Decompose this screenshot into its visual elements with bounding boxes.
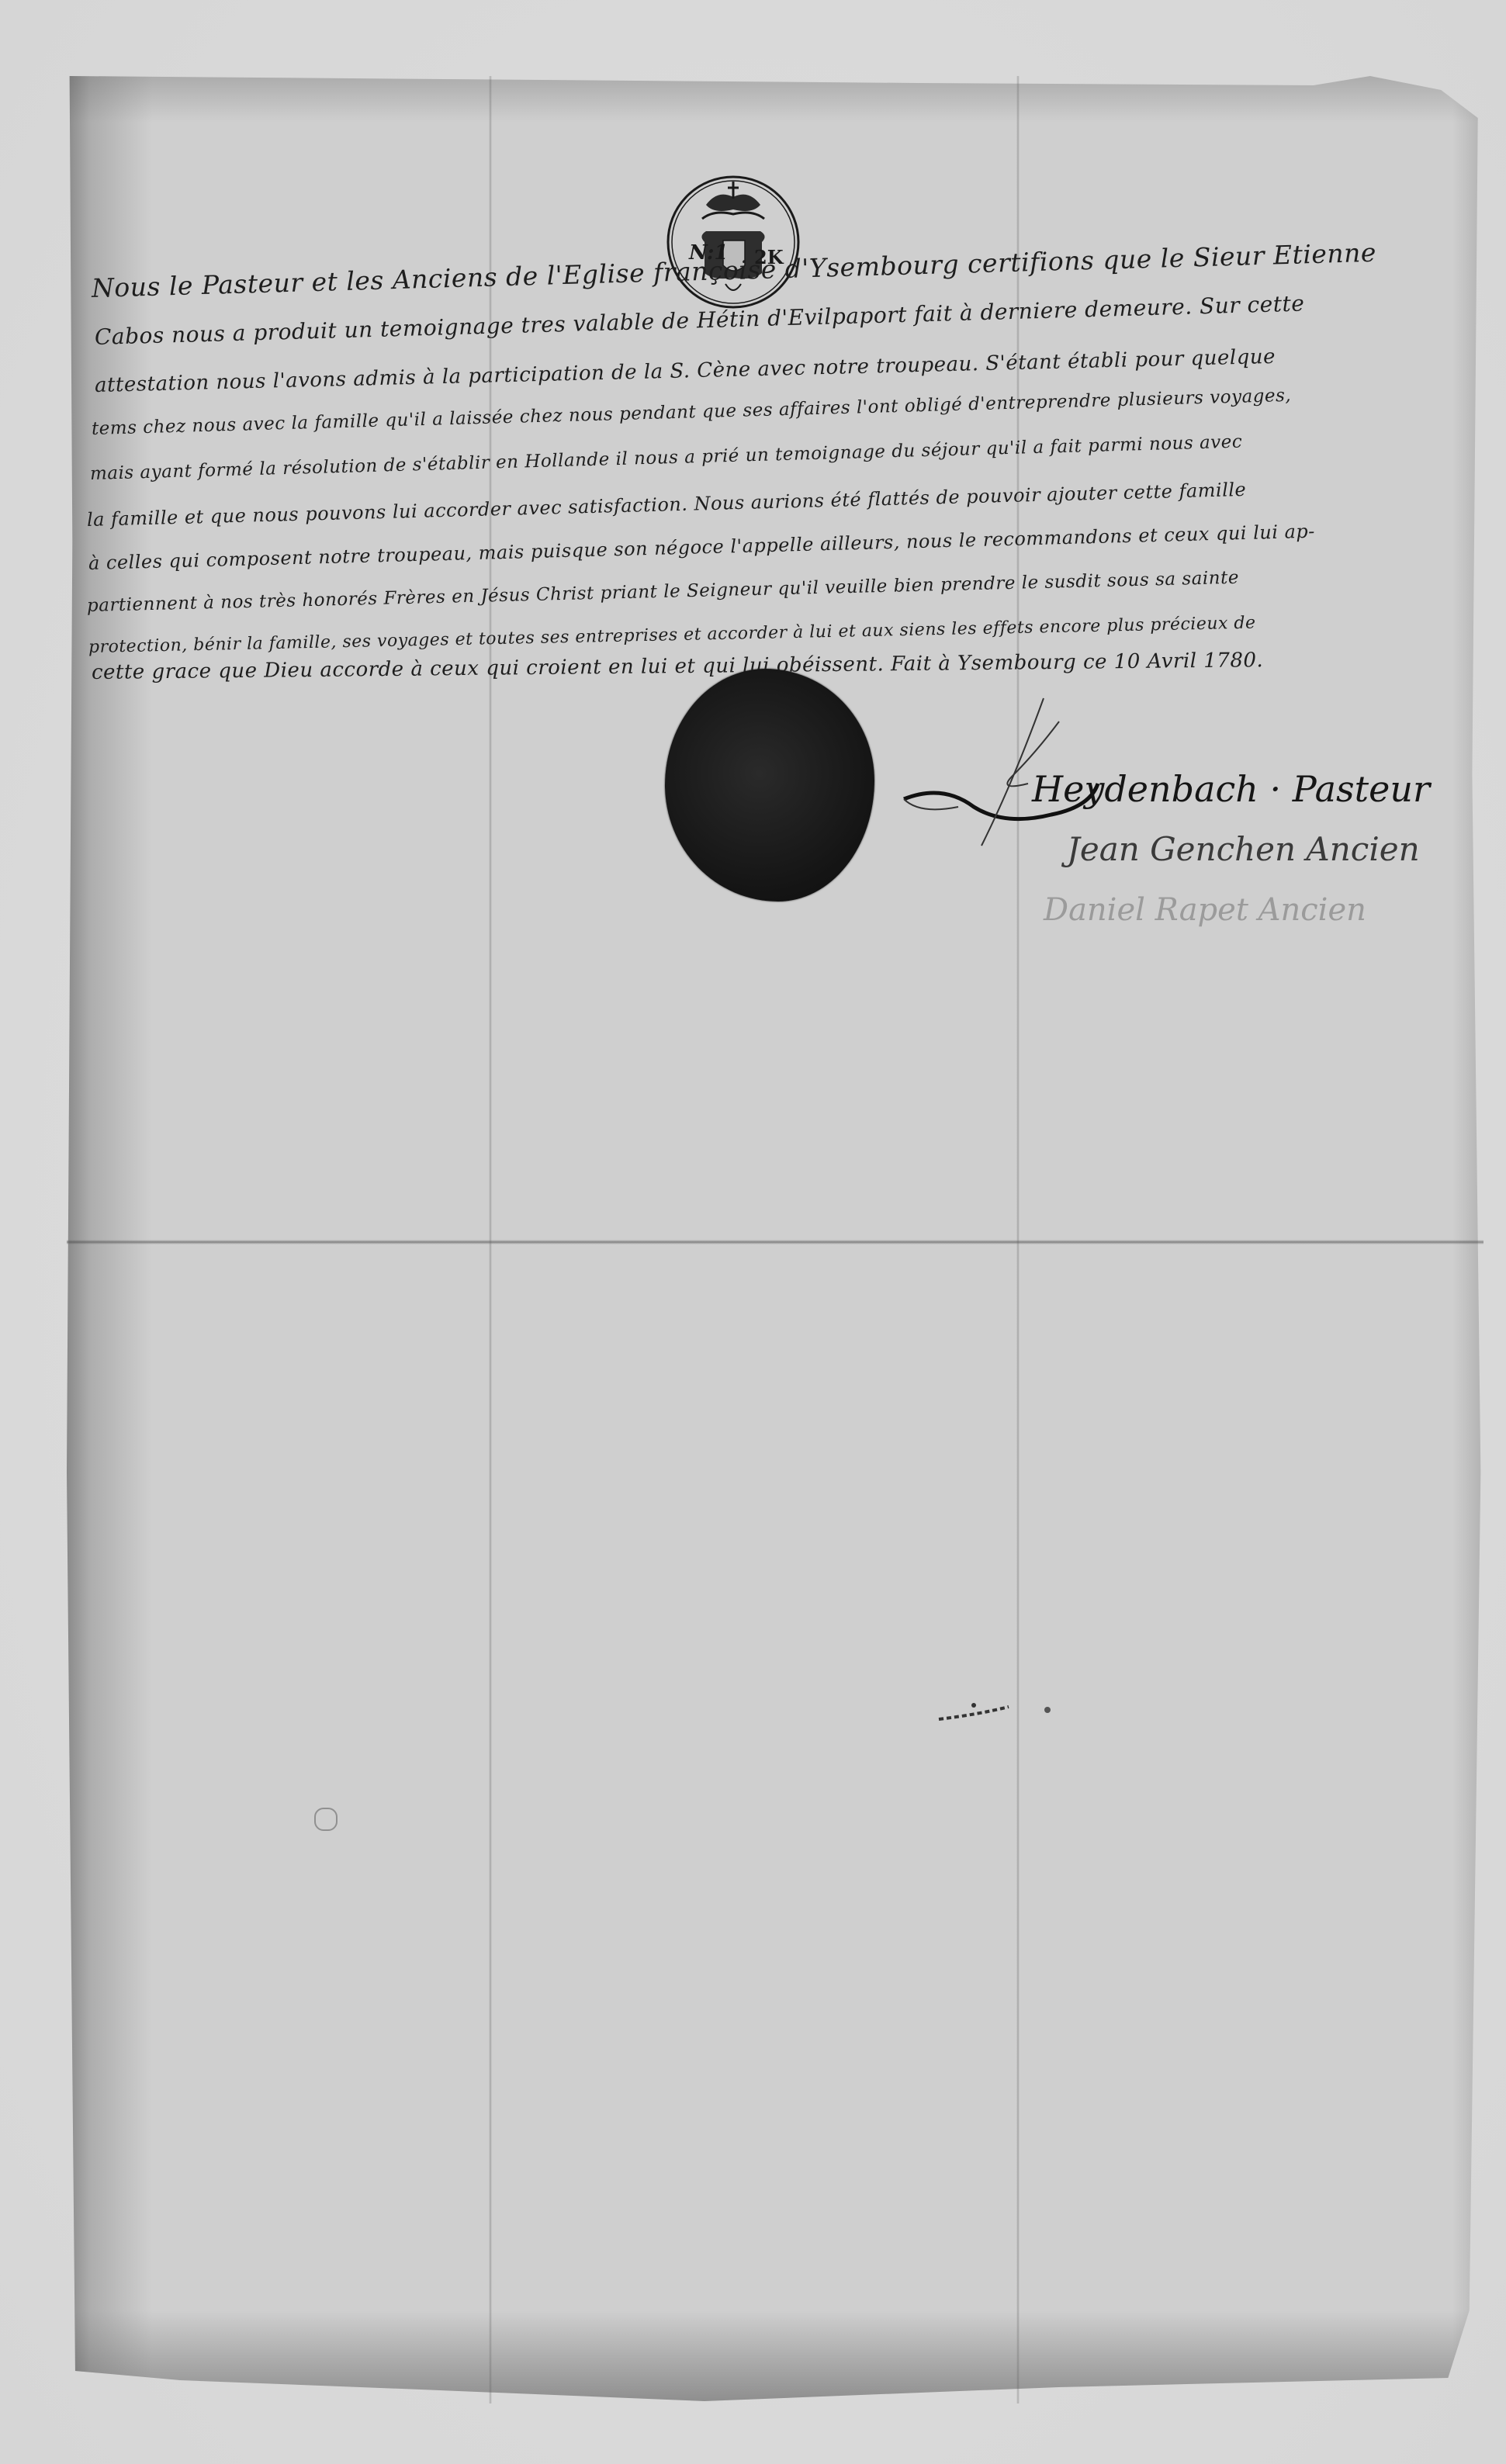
ink-smudge-icon	[931, 1699, 1071, 1722]
signature-elder-1: Jean Genchen Ancien	[1067, 830, 1420, 868]
coat-of-arms-stamp-icon: N:1 2K	[660, 164, 807, 312]
signature-pastor: Heydenbach · Pasteur	[1032, 768, 1430, 810]
horizontal-fold-line	[67, 1240, 1483, 1244]
paper-speck-icon	[314, 1808, 338, 1831]
signature-elder-2: Daniel Rapet Ancien	[1044, 892, 1366, 928]
vertical-fold-line-right	[1016, 76, 1020, 2403]
